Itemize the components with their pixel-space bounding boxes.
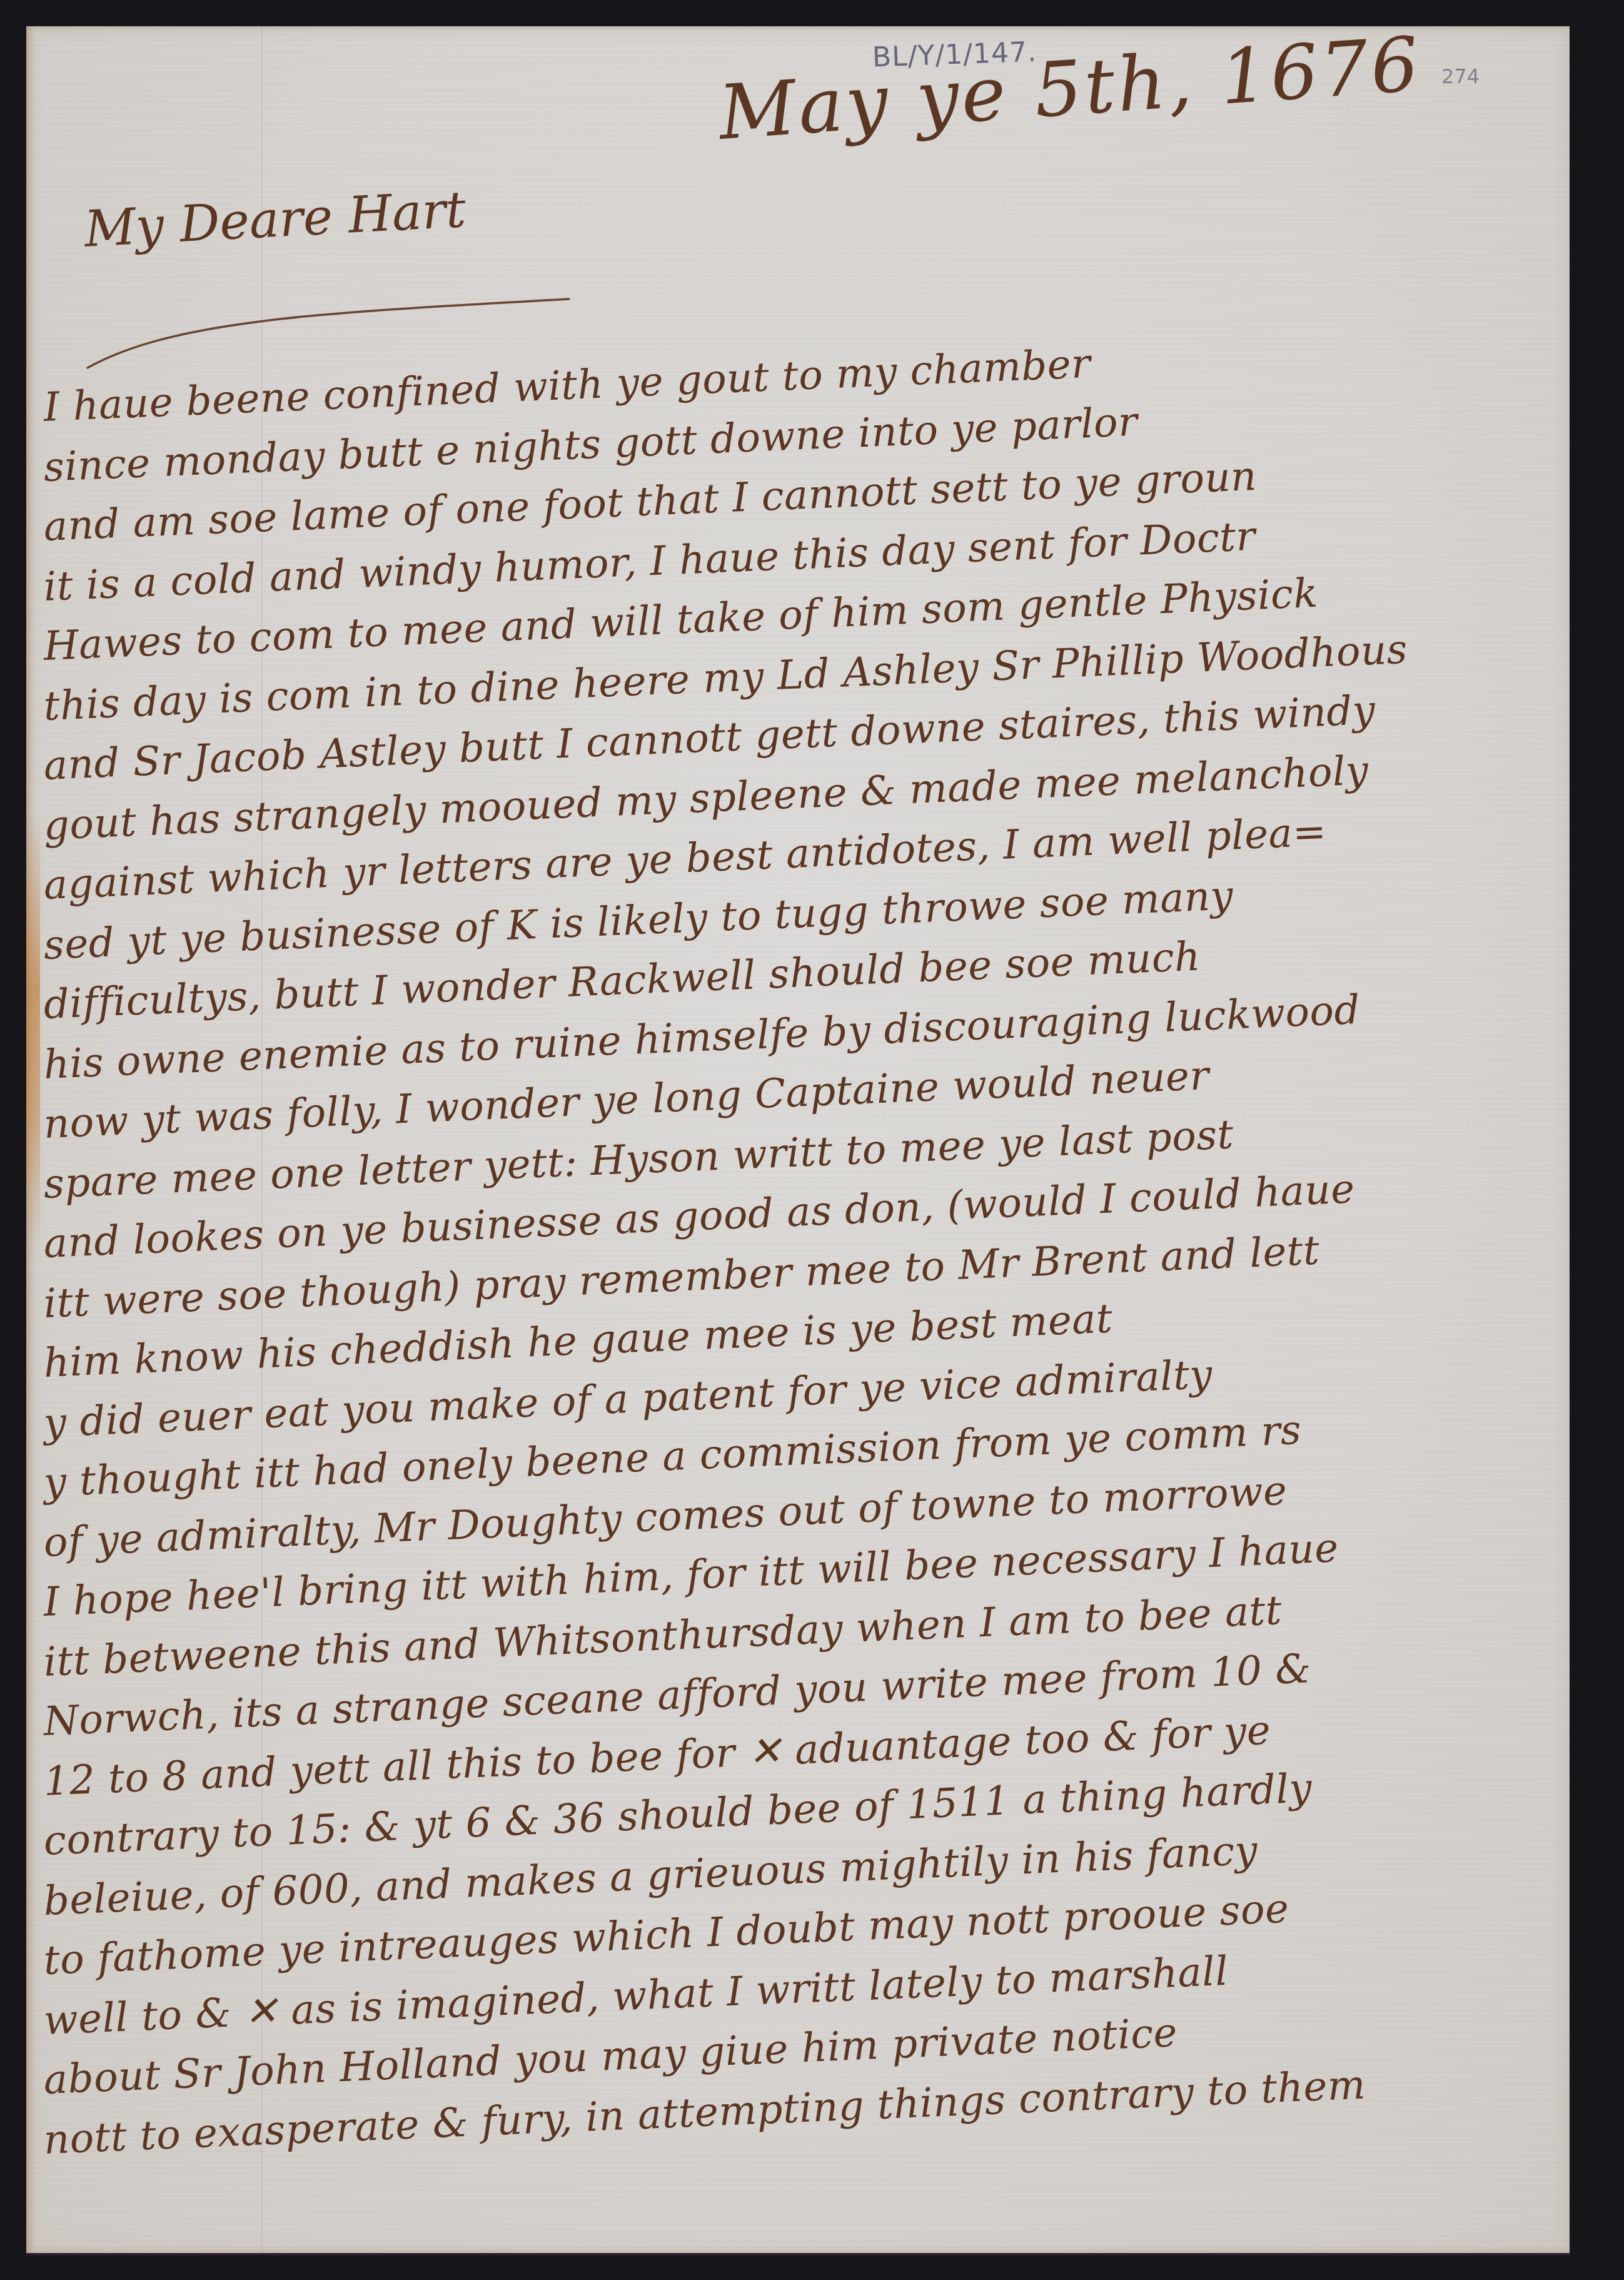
letter-body: I haue beene confined with ye gout to my… (44, 378, 1557, 2171)
salutation-flourish (63, 294, 575, 369)
folio-number: 274 (1441, 64, 1480, 88)
paper-stain (26, 813, 40, 1251)
